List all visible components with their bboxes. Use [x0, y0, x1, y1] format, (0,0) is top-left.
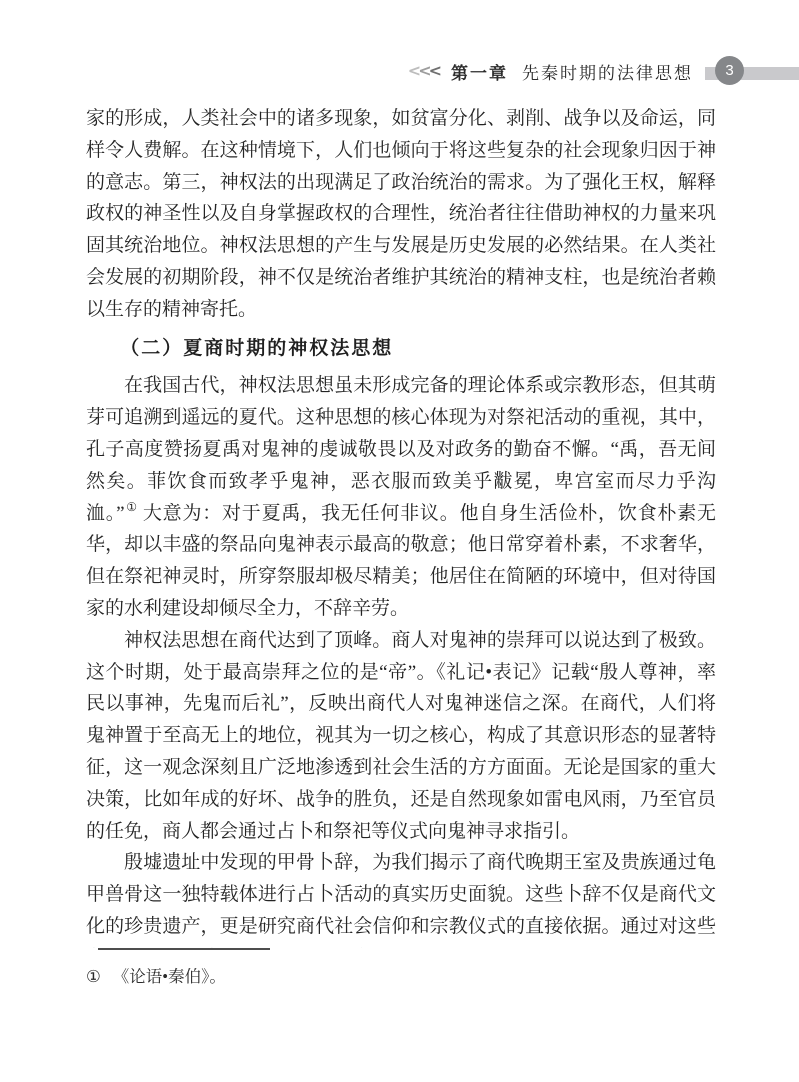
chapter-label: 第一章	[451, 59, 508, 84]
chevrons-icon: <<<	[408, 63, 439, 79]
section-heading: （二）夏商时期的神权法思想	[86, 333, 716, 365]
paragraph: 神权法思想在商代达到了顶峰。商人对鬼神的崇拜可以说达到了极致。这个时期，处于最高…	[86, 625, 716, 848]
paragraph: 家的形成，人类社会中的诸多现象，如贫富分化、剥削、战争以及命运，同样令人费解。在…	[86, 103, 716, 326]
page-number-tab: 3	[705, 55, 799, 87]
footnote-separator	[98, 948, 270, 950]
chevron-left-icon: <	[418, 61, 428, 80]
paragraph: 殷墟遗址中发现的甲骨卜辞，为我们揭示了商代晚期王室及贵族通过龟甲兽骨这一独特载体…	[86, 847, 716, 948]
footnote: ①《论语•秦伯》。	[86, 948, 716, 987]
chevron-left-icon: <	[408, 61, 418, 80]
paragraph: 在我国古代，神权法思想虽未形成完备的理论体系或宗教形态，但其萌芽可追溯到遥远的夏…	[86, 370, 716, 624]
paragraph-text: 大意为：对于夏禹，我无任何非议。他自身生活俭朴，饮食朴素无华，却以丰盛的祭品向鬼…	[86, 503, 716, 619]
footnote-text: 《论语•秦伯》。	[113, 967, 226, 986]
footnote-ref: ①	[126, 500, 138, 514]
footnote-marker: ①	[86, 967, 101, 986]
chevron-left-icon: <	[429, 61, 439, 80]
page-header: <<< 第一章 先秦时期的法律思想 3	[0, 55, 799, 87]
page-body: 家的形成，人类社会中的诸多现象，如贫富分化、剥削、战争以及命运，同样令人费解。在…	[86, 103, 716, 948]
book-page: <<< 第一章 先秦时期的法律思想 3 家的形成，人类社会中的诸多现象，如贫富分…	[0, 0, 799, 1082]
page-number-badge: 3	[715, 56, 744, 85]
footnote-line: ①《论语•秦伯》。	[86, 963, 716, 987]
paragraph-text: 在我国古代，神权法思想虽未形成完备的理论体系或宗教形态，但其萌芽可追溯到遥远的夏…	[86, 375, 716, 523]
chapter-title: 先秦时期的法律思想	[522, 59, 693, 84]
